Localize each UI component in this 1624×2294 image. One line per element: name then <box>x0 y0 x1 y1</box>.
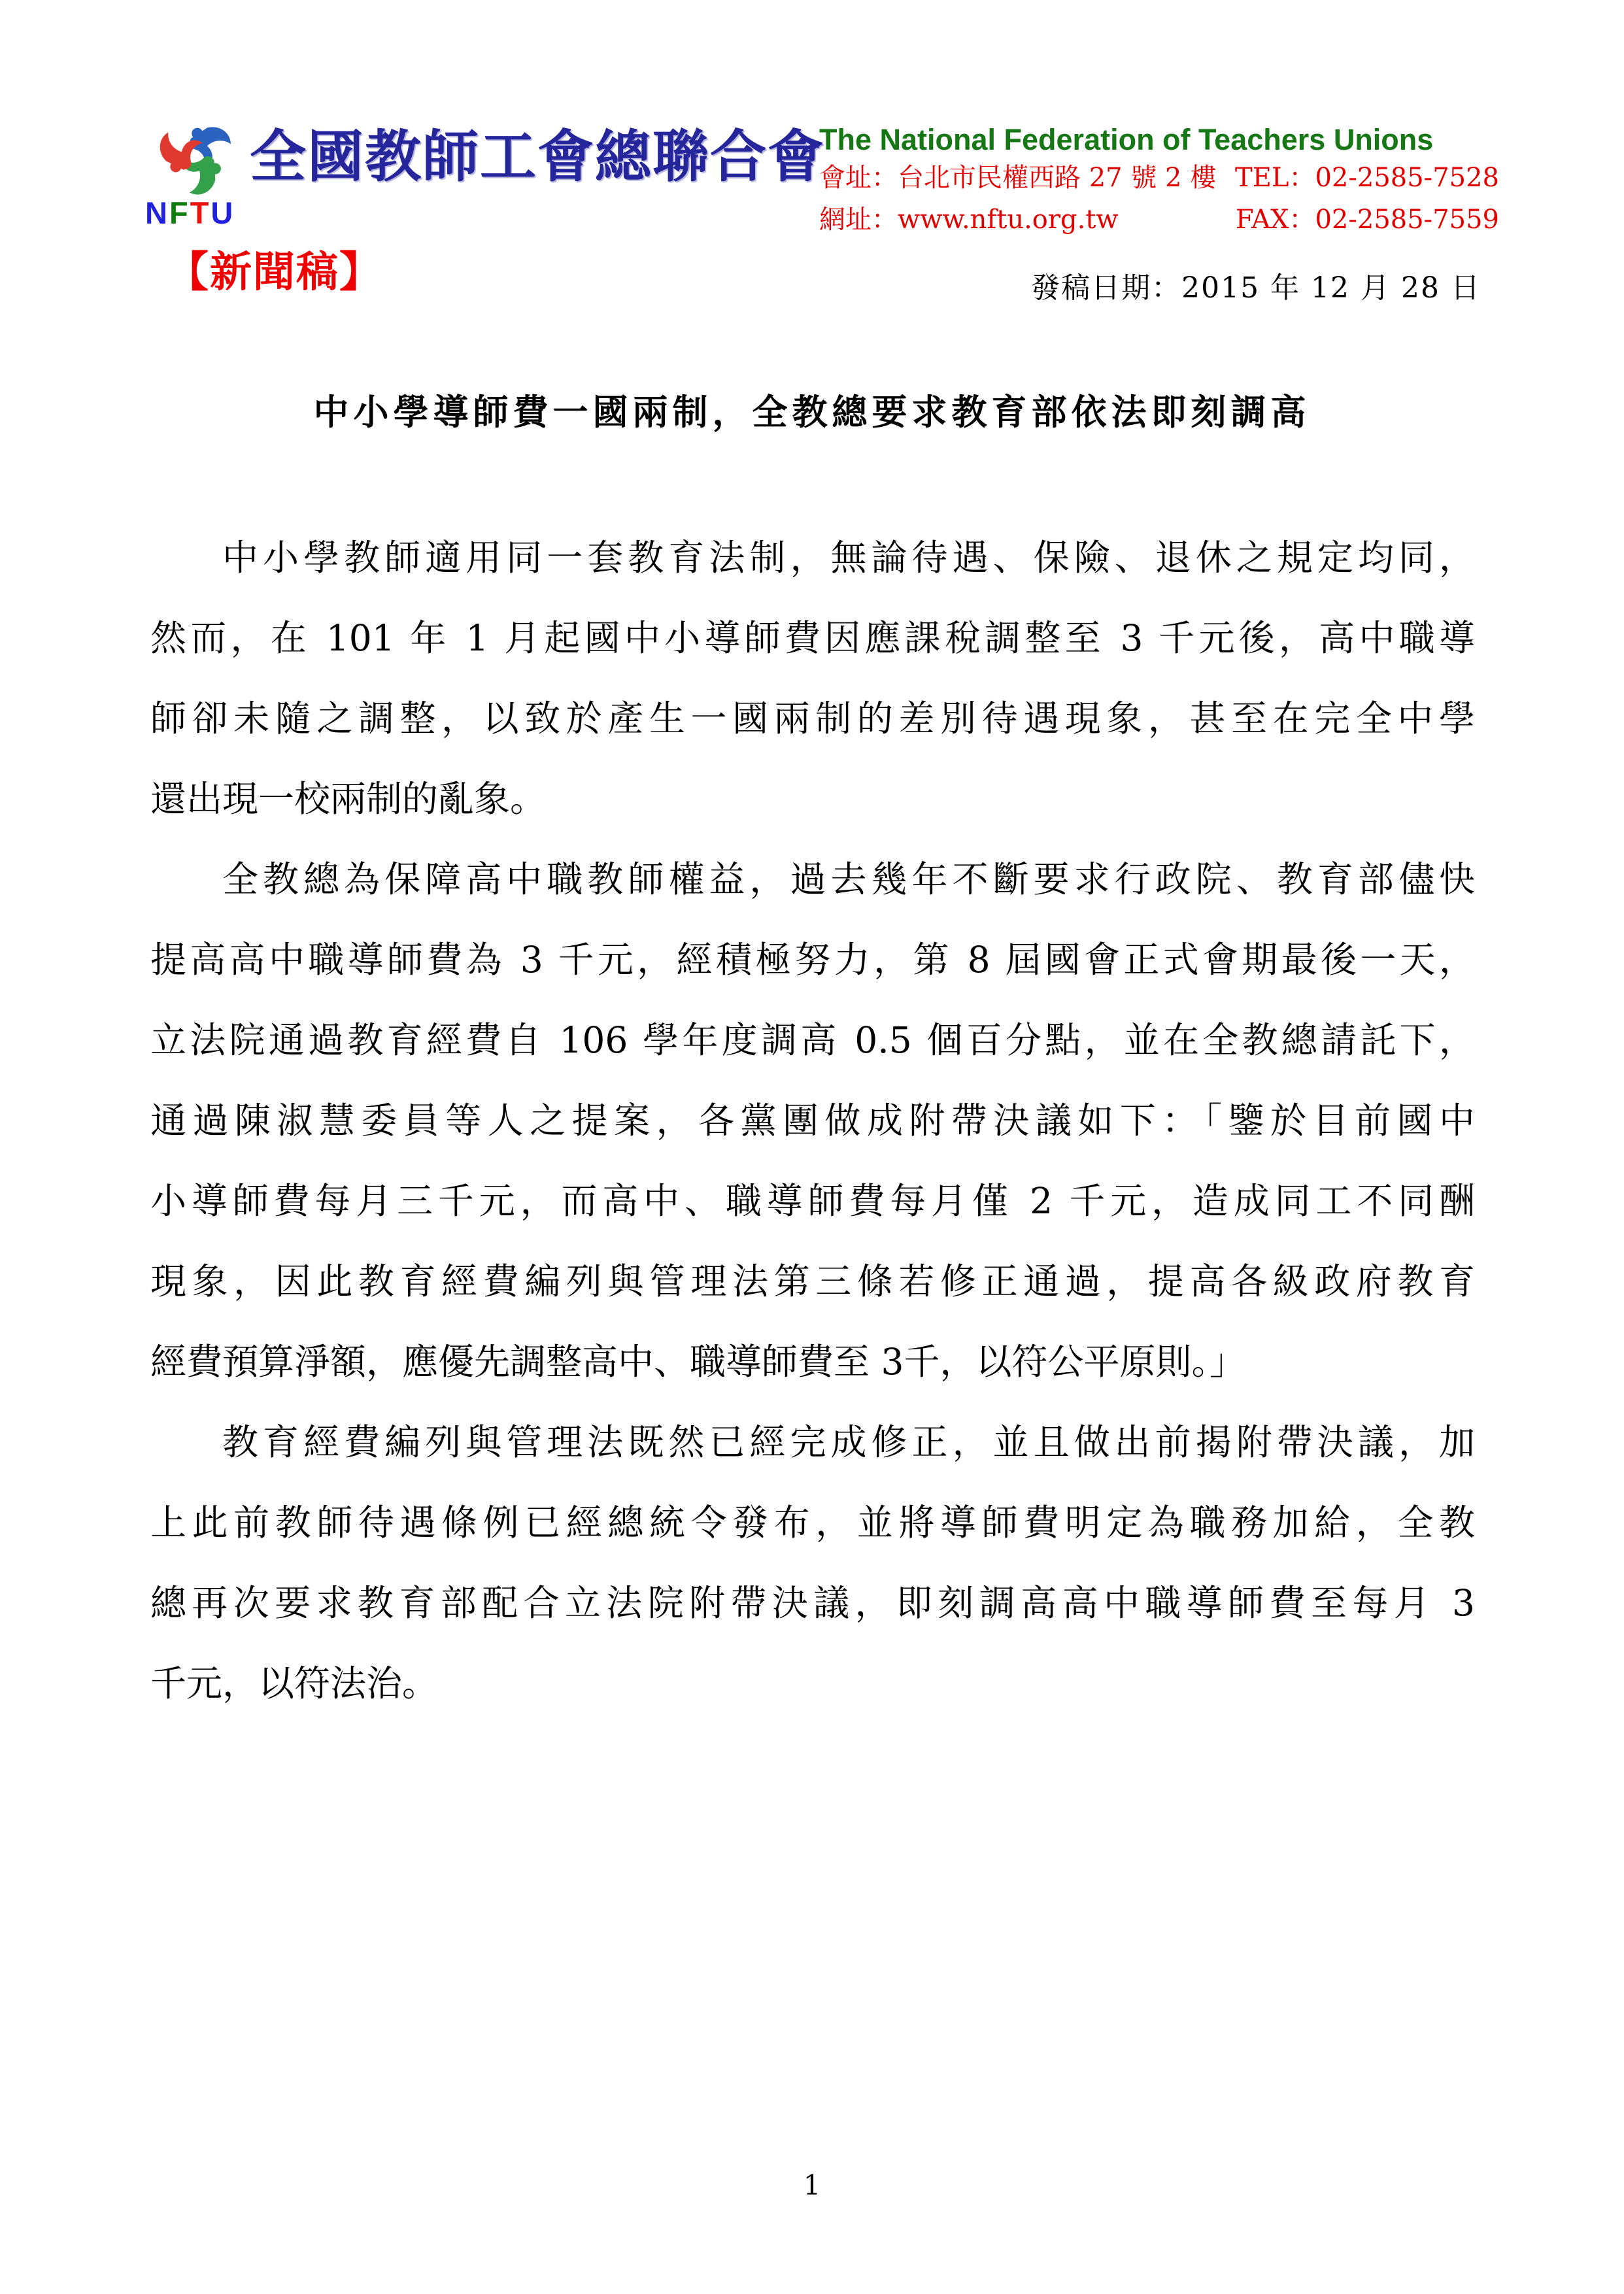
body-line: 提高高中職導師費為 3 千元，經積極努力，第 8 屆國會正式會期最後一天， <box>150 920 1475 1000</box>
nftu-logo-icon <box>150 116 242 196</box>
document-body: 中小學教師適用同一套教育法制，無論待遇、保險、退休之規定均同，然而，在 101 … <box>150 518 1475 1724</box>
nftu-acronym: NFTU <box>145 197 256 228</box>
nftu-logo: NFTU <box>145 116 256 228</box>
contact-row-web-fax: 網址：www.nftu.org.tw FAX：02-2585-7559 <box>819 199 1499 241</box>
press-release-page: NFTU 全國教師工會總聯合會 The National Federation … <box>0 0 1624 2294</box>
press-release-tag: 【新聞稿】 <box>167 250 382 295</box>
body-line: 然而，在 101 年 1 月起國中小導師費因應課稅調整至 3 千元後，高中職導 <box>150 598 1475 679</box>
press-release-row: 【新聞稿】 發稿日期：2015 年 12 月 28 日 <box>167 250 1481 306</box>
page-number: 1 <box>0 2169 1624 2201</box>
body-line: 中小學教師適用同一套教育法制，無論待遇、保險、退休之規定均同， <box>150 518 1475 598</box>
body-line: 經費預算淨額，應優先調整高中、職導師費至 3千，以符公平原則。」 <box>150 1322 1475 1402</box>
body-line: 全教總為保障高中職教師權益，過去幾年不斷要求行政院、教育部儘快 <box>150 839 1475 920</box>
body-line: 上此前教師待遇條例已經總統令發布，並將導師費明定為職務加給，全教 <box>150 1483 1475 1563</box>
org-name-en: The National Federation of Teachers Unio… <box>819 123 1499 157</box>
tel-line: TEL：02-2585-7528 <box>1235 157 1499 199</box>
body-line: 千元，以符法治。 <box>150 1644 1475 1724</box>
address-line: 會址：台北市民權西路 27 號 2 樓 <box>819 157 1216 199</box>
nftu-letter: N <box>145 195 169 230</box>
body-line: 現象，因此教育經費編列與管理法第三條若修正通過，提高各級政府教育 <box>150 1241 1475 1322</box>
body-line: 教育經費編列與管理法既然已經完成修正，並且做出前揭附帶決議，加 <box>150 1402 1475 1483</box>
body-line: 總再次要求教育部配合立法院附帶決議，即刻調高高中職導師費至每月 3 <box>150 1563 1475 1644</box>
contact-row-address-tel: 會址：台北市民權西路 27 號 2 樓 TEL：02-2585-7528 <box>819 157 1499 199</box>
body-line: 師卻未隨之調整，以致於產生一國兩制的差別待遇現象，甚至在完全中學 <box>150 679 1475 759</box>
body-line: 通過陳淑慧委員等人之提案，各黨團做成附帶決議如下：「鑒於目前國中 <box>150 1081 1475 1161</box>
nftu-letter: T <box>190 195 211 230</box>
nftu-letter: F <box>169 195 190 230</box>
body-line: 還出現一校兩制的亂象。 <box>150 759 1475 839</box>
document-title: 中小學導師費一國兩制，全教總要求教育部依法即刻調高 <box>0 384 1624 435</box>
body-line: 立法院通過教育經費自 106 學年度調高 0.5 個百分點，並在全教總請託下， <box>150 1000 1475 1081</box>
fax-line: FAX：02-2585-7559 <box>1236 199 1499 241</box>
release-date: 發稿日期：2015 年 12 月 28 日 <box>1031 264 1481 306</box>
website-line: 網址：www.nftu.org.tw <box>819 199 1119 241</box>
nftu-letter: U <box>211 195 235 230</box>
org-name-zh: 全國教師工會總聯合會 <box>250 122 786 192</box>
header-contact-block: The National Federation of Teachers Unio… <box>819 123 1499 241</box>
body-line: 小導師費每月三千元，而高中、職導師費每月僅 2 千元，造成同工不同酬 <box>150 1161 1475 1241</box>
